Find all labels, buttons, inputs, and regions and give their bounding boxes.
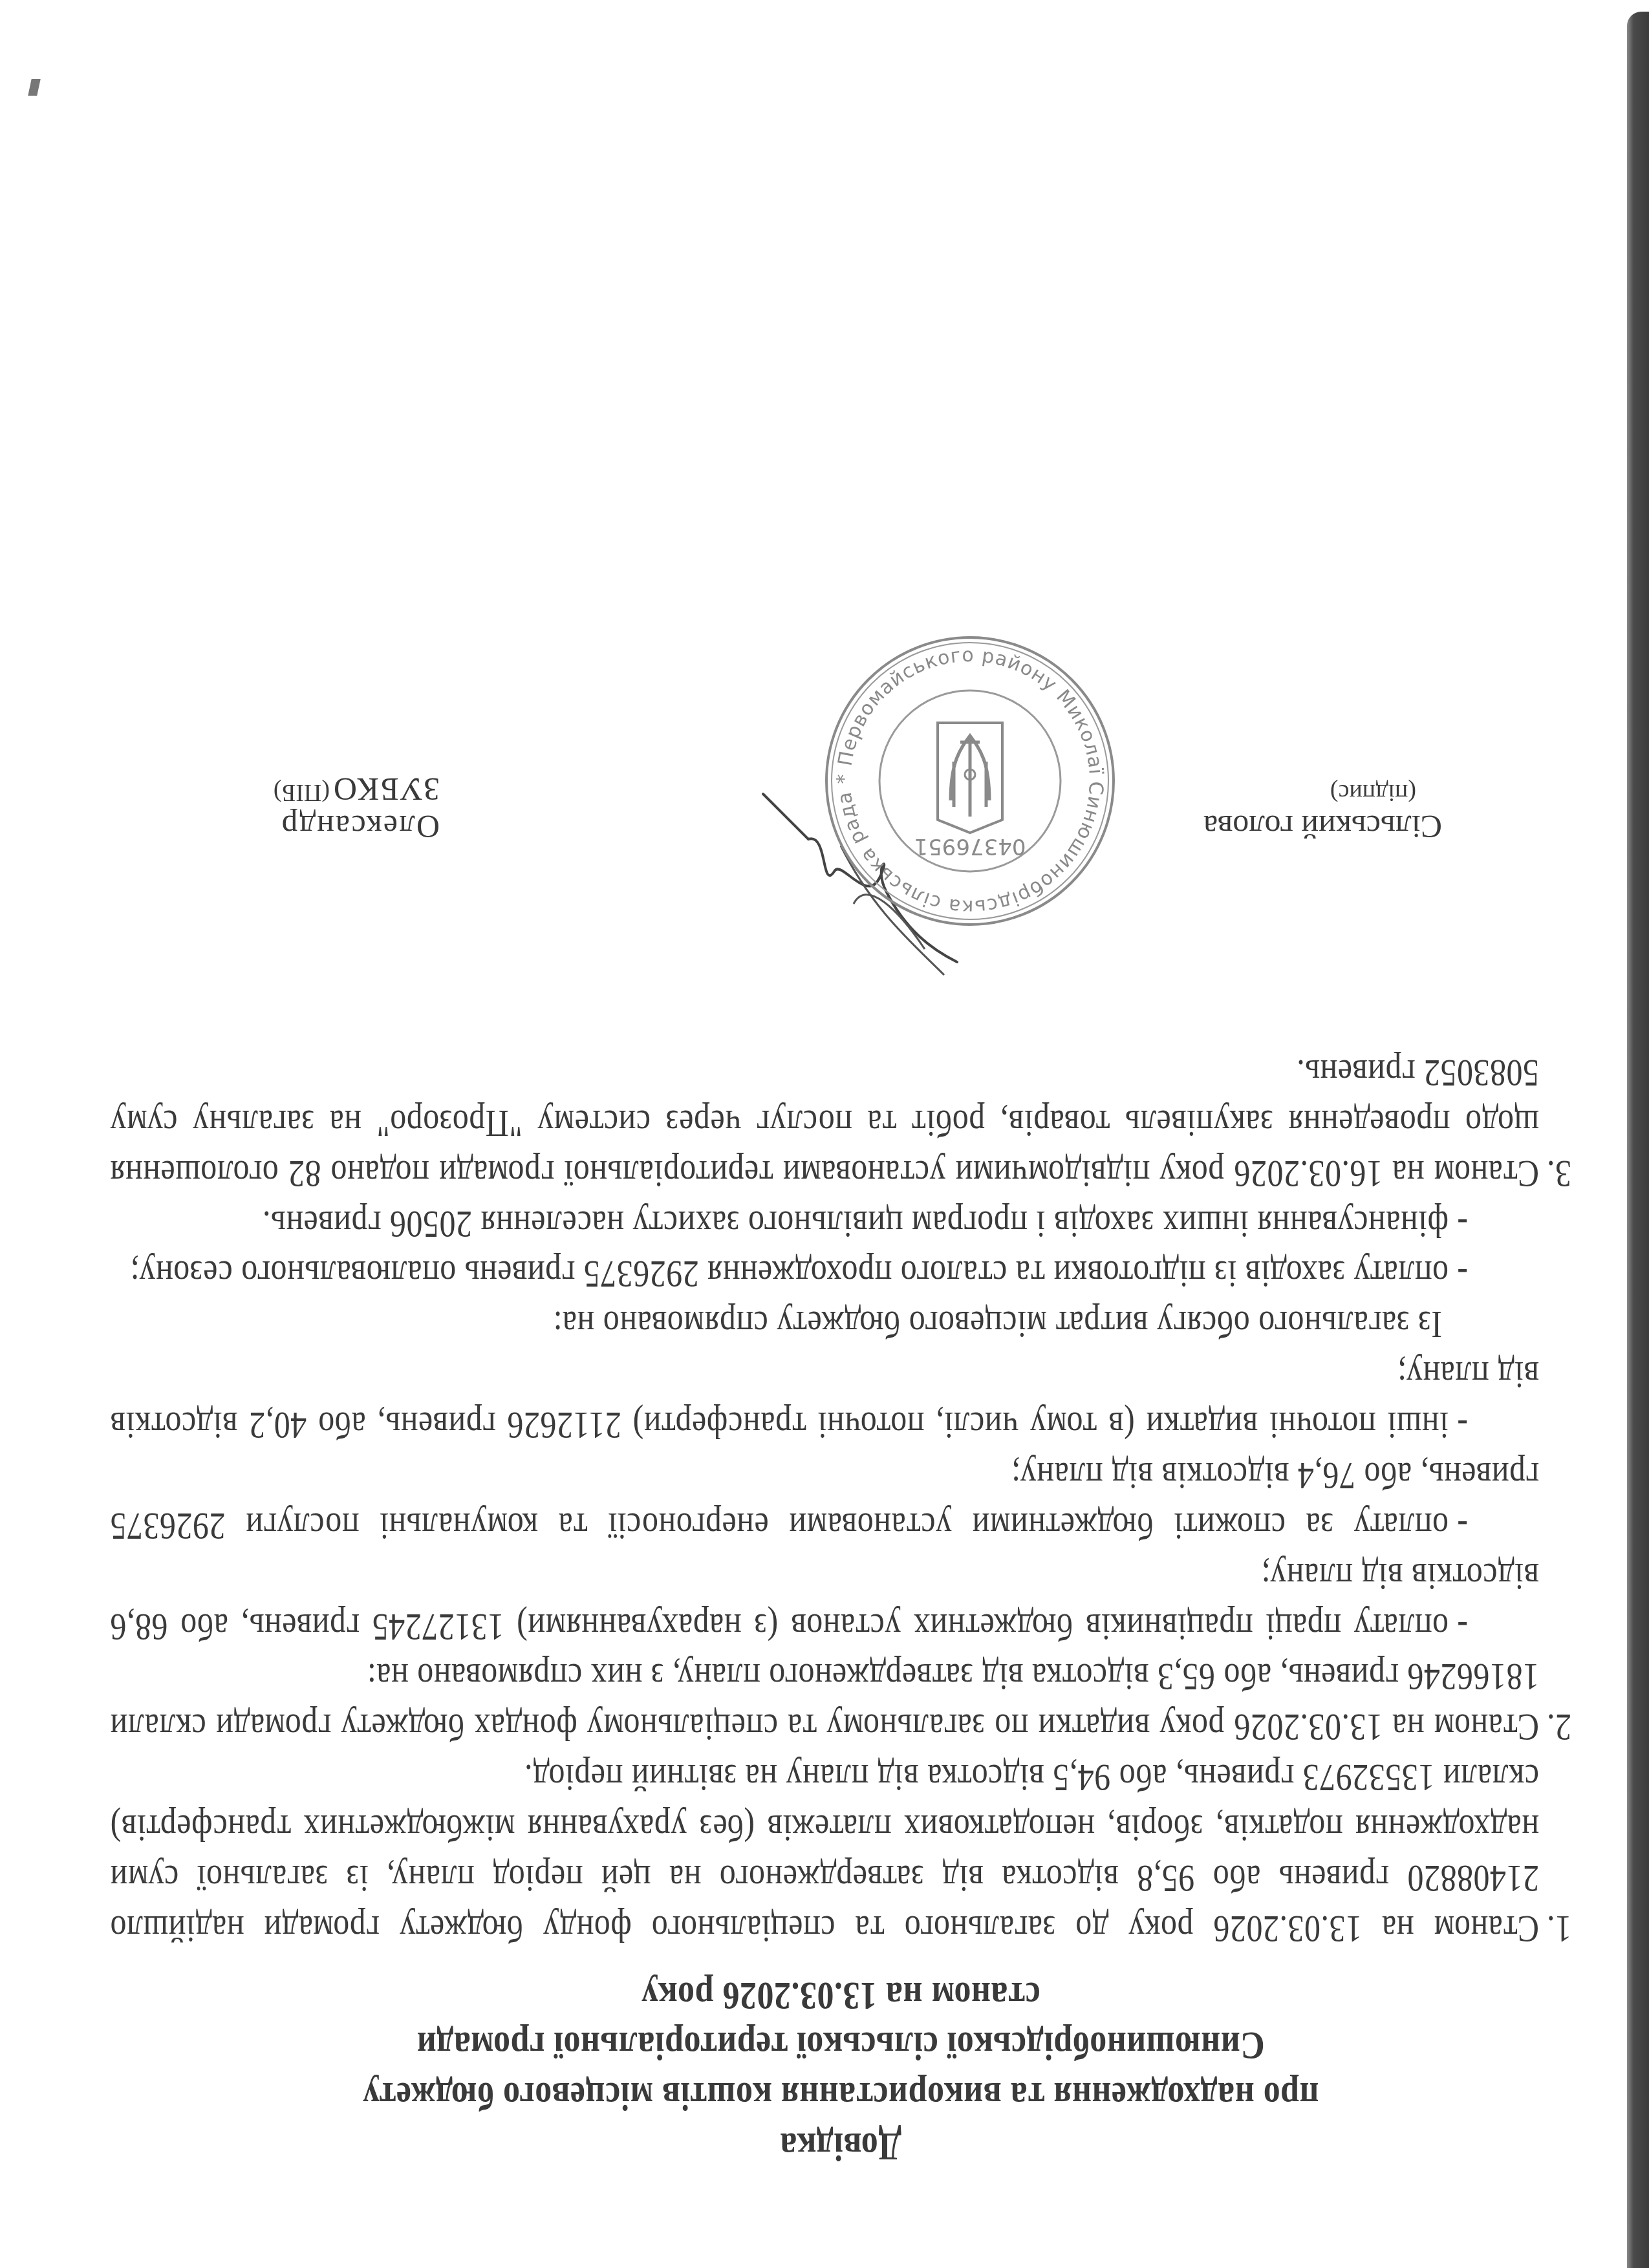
scanner-edge-shadow <box>1627 12 1649 2268</box>
scanned-document-page: Довідка про надходження та використання … <box>0 0 1649 2268</box>
svg-text:Синюшинобрідська сільська рада: Синюшинобрідська сільська рада * Первома… <box>833 644 1119 930</box>
bullet-dash: - <box>1449 1400 1539 1451</box>
item-1-text: Станом на 13.03.2026 року до загального … <box>110 1753 1539 1954</box>
signatory-name-caption: (ПІБ) <box>274 778 330 807</box>
item-3-text: Станом на 16.03.2026 року підвідомчими у… <box>110 1048 1539 1199</box>
bullet-dash: - <box>1449 1199 1539 1250</box>
stamp-outer-text: Синюшинобрідська сільська рада * Первома… <box>833 644 1119 930</box>
item-2: 2. Станом на 13.03.2026 року видатки по … <box>110 1653 1571 1753</box>
item-1-number: 1. <box>1547 1904 1572 1954</box>
document-subtitle-line-2: Синюшинобрідської сільської територіальн… <box>110 2020 1571 2070</box>
scan-speck <box>28 79 41 96</box>
document-subtitle-line-3: станом на 13.03.2026 року <box>110 1969 1571 2020</box>
item-2-bullet2-1: -оплату заходів із підготовки та сталого… <box>110 1250 1571 1300</box>
item-3-number: 3. <box>1547 1149 1572 1199</box>
item-2-text: Станом на 13.03.2026 року видатки по заг… <box>110 1653 1539 1753</box>
item-2-bullet-1-text: оплату праці працівників бюджетних устан… <box>110 1556 1539 1649</box>
official-stamp-icon: Синюшинобрідська сільська рада * Первома… <box>821 632 1119 930</box>
item-2-bullet-3-text: інші поточні видатки (в тому числі, пото… <box>110 1354 1539 1447</box>
item-2-number: 2. <box>1547 1702 1572 1753</box>
bullet-dash: - <box>1449 1602 1539 1653</box>
item-2-bullet2-2-text: фінансування інших заходів і програм цив… <box>263 1203 1449 1246</box>
stamp-code: 04376951 <box>914 833 1026 859</box>
signature-role-caption: (підпис) <box>1330 778 1416 807</box>
item-2-bullet2-1-text: оплату заходів із підготовки та сталого … <box>130 1253 1449 1296</box>
document-title: Довідка <box>110 2121 1571 2171</box>
item-2-subheading: Із загального обсягу витрат місцевого бю… <box>110 1300 1571 1350</box>
item-2-bullet2-2: -фінансування інших заходів і програм ци… <box>110 1199 1571 1250</box>
item-2-bullet-3: -інші поточні видатки (в тому числі, пот… <box>110 1350 1571 1451</box>
bullet-dash: - <box>1449 1250 1539 1300</box>
bullet-dash: - <box>1449 1501 1539 1552</box>
document-heading: Довідка про надходження та використання … <box>110 1969 1571 2171</box>
item-2-bullet-1: -оплату праці працівників бюджетних уста… <box>110 1552 1571 1653</box>
item-3: 3. Станом на 16.03.2026 року підвідомчим… <box>110 1048 1571 1199</box>
document-subtitle-line-1: про надходження та використання коштів м… <box>110 2070 1571 2121</box>
item-2-bullet-2: -оплату за спожиті бюджетними установами… <box>110 1451 1571 1552</box>
signature-role: Сільський голова <box>1203 808 1442 846</box>
document-body: Довідка про надходження та використання … <box>110 1048 1571 2171</box>
item-2-bullet-2-text: оплату за спожиті бюджетними установами … <box>110 1455 1539 1548</box>
item-1: 1. Станом на 13.03.2026 року до загально… <box>110 1753 1571 1954</box>
